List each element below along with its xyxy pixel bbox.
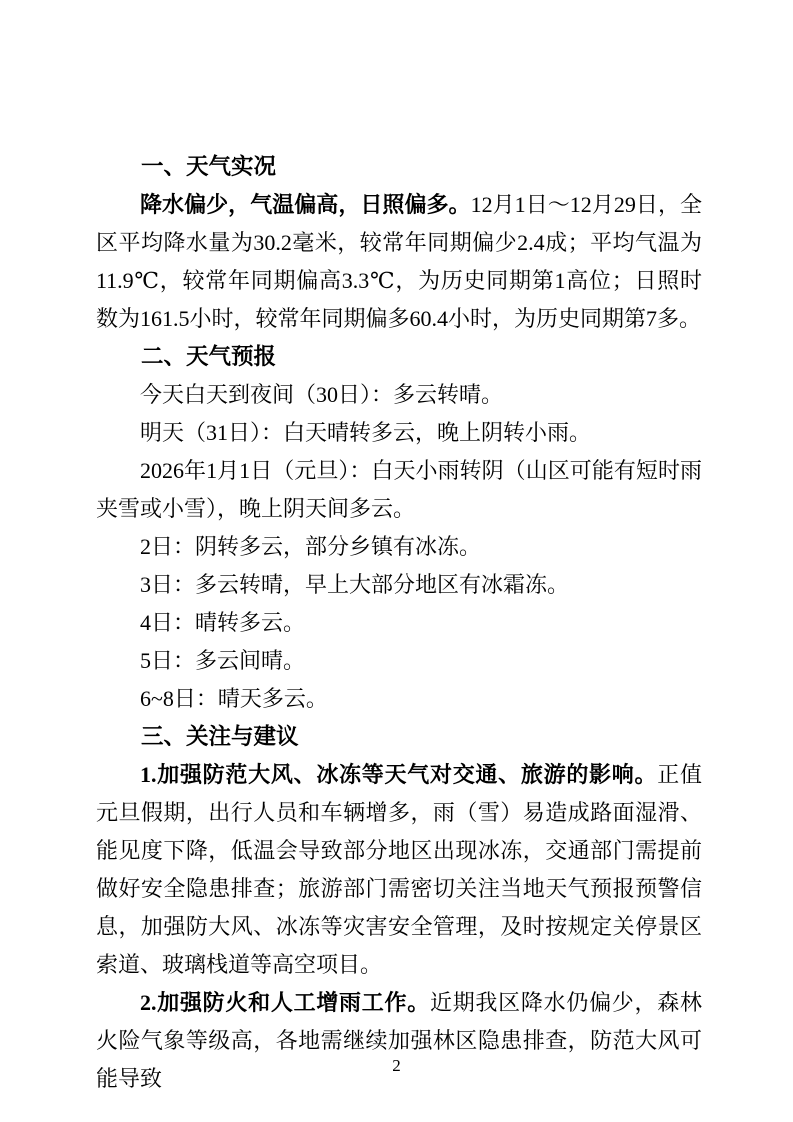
section-heading-recommendations: 三、关注与建议 bbox=[96, 718, 702, 756]
forecast-item-tomorrow: 明天（31日）：白天晴转多云，晚上阴转小雨。 bbox=[96, 414, 702, 452]
page-number: 2 bbox=[0, 1056, 793, 1076]
forecast-item-day4: 4日：晴转多云。 bbox=[96, 604, 702, 642]
forecast-item-day5: 5日：多云间晴。 bbox=[96, 642, 702, 680]
forecast-item-day6to8: 6~8日：晴天多云。 bbox=[96, 680, 702, 718]
document-content: 一、天气实况 降水偏少，气温偏高，日照偏多。12月1日～12月29日，全区平均降… bbox=[96, 148, 702, 1098]
paragraph-recommendation-2: 2.加强防火和人工增雨工作。近期我区降水仍偏少，森林火险气象等级高，各地需继续加… bbox=[96, 984, 702, 1098]
paragraph-text: 正值元旦假期，出行人员和车辆增多，雨（雪）易造成路面湿滑、能见度下降，低温会导致… bbox=[96, 762, 702, 977]
forecast-item-day3: 3日：多云转晴，早上大部分地区有冰霜冻。 bbox=[96, 566, 702, 604]
section-heading-weather-forecast: 二、天气预报 bbox=[96, 338, 702, 376]
section-heading-weather-actual: 一、天气实况 bbox=[96, 148, 702, 186]
forecast-item-today: 今天白天到夜间（30日）：多云转晴。 bbox=[96, 376, 702, 414]
paragraph-bold-lead: 1.加强防范大风、冰冻等天气对交通、旅游的影响。 bbox=[140, 762, 657, 787]
paragraph-bold-lead: 2.加强防火和人工增雨工作。 bbox=[140, 990, 430, 1015]
paragraph-weather-summary: 降水偏少，气温偏高，日照偏多。12月1日～12月29日，全区平均降水量为30.2… bbox=[96, 186, 702, 338]
forecast-item-jan1: 2026年1月1日（元旦）：白天小雨转阴（山区可能有短时雨夹雪或小雪），晚上阴天… bbox=[96, 452, 702, 528]
paragraph-recommendation-1: 1.加强防范大风、冰冻等天气对交通、旅游的影响。正值元旦假期，出行人员和车辆增多… bbox=[96, 756, 702, 984]
document-page: 一、天气实况 降水偏少，气温偏高，日照偏多。12月1日～12月29日，全区平均降… bbox=[0, 0, 793, 1122]
forecast-item-day2: 2日：阴转多云，部分乡镇有冰冻。 bbox=[96, 528, 702, 566]
paragraph-bold-lead: 降水偏少，气温偏高，日照偏多。 bbox=[140, 192, 471, 217]
